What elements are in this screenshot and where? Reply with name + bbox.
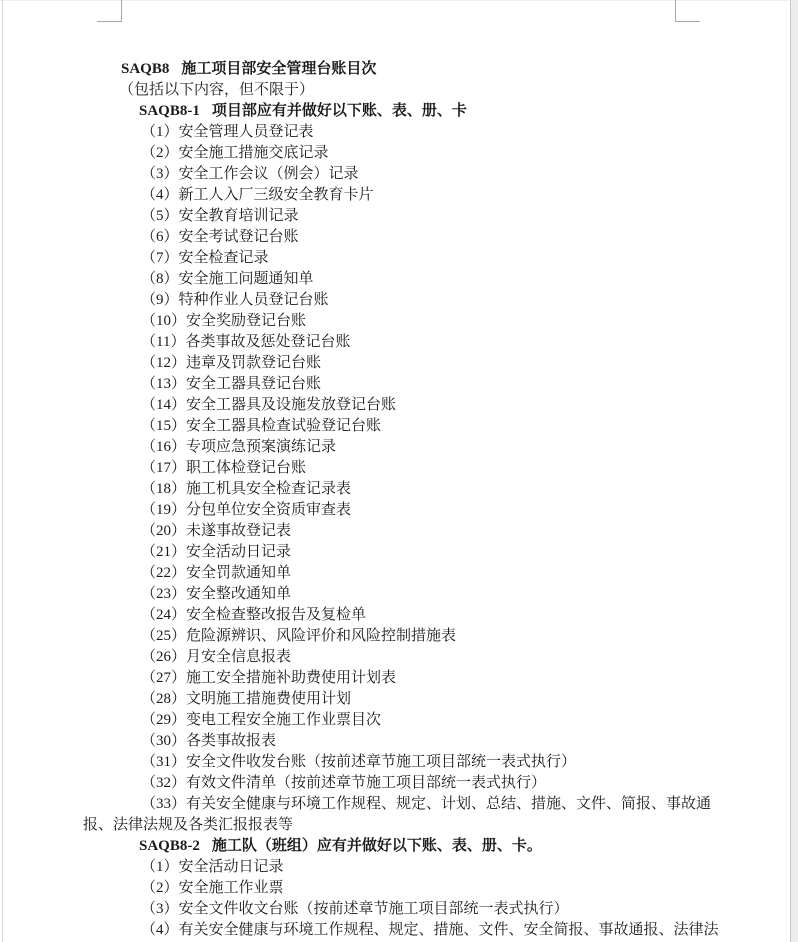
- s1-item-17: （17）职工体检登记台账: [0, 458, 791, 479]
- s1-item-12: （12）违章及罚款登记台账: [0, 353, 791, 374]
- section1-code: SAQB8-1: [139, 103, 200, 119]
- s1-item-7: （7）安全检查记录: [0, 248, 791, 269]
- s1-item-2: （2）安全施工措施交底记录: [0, 143, 791, 164]
- crop-mark-top-left: [121, 0, 122, 21]
- crop-mark-top-right: [675, 21, 700, 22]
- s1-item-29: （29）变电工程安全施工作业票目次: [0, 710, 791, 731]
- s1-item-13: （13）安全工器具登记台账: [0, 374, 791, 395]
- s1-item-18: （18）施工机具安全检查记录表: [0, 479, 791, 500]
- doc-title: SAQB8施工项目部安全管理台账目次: [0, 59, 791, 80]
- s2-item-3: （3）安全文件收文台账（按前述章节施工项目部统一表式执行）: [0, 899, 791, 920]
- doc-title-text: 施工项目部安全管理台账目次: [181, 61, 376, 77]
- page-right-gutter: [790, 0, 798, 942]
- s1-item-9: （9）特种作业人员登记台账: [0, 290, 791, 311]
- s2-item-1: （1）安全活动日记录: [0, 857, 791, 878]
- s1-item-32: （32）有效文件清单（按前述章节施工项目部统一表式执行）: [0, 773, 791, 794]
- page-top-edge: [0, 0, 798, 1]
- word-document-page: SAQB8施工项目部安全管理台账目次 （包括以下内容，但不限于） SAQB8-1…: [0, 0, 798, 942]
- s1-item-26: （26）月安全信息报表: [0, 647, 791, 668]
- s1-item-11: （11）各类事故及惩处登记台账: [0, 332, 791, 353]
- s1-item-27: （27）施工安全措施补助费使用计划表: [0, 668, 791, 689]
- s1-item-31: （31）安全文件收发台账（按前述章节施工项目部统一表式执行）: [0, 752, 791, 773]
- s2-item-4: （4）有关安全健康与环境工作规程、规定、措施、文件、安全简报、事故通报、法律法: [0, 920, 791, 941]
- section2-heading: SAQB8-2施工队（班组）应有并做好以下账、表、册、卡。: [0, 836, 791, 857]
- s1-item-22: （22）安全罚款通知单: [0, 563, 791, 584]
- s1-item-24: （24）安全检查整改报告及复检单: [0, 605, 791, 626]
- doc-note: （包括以下内容，但不限于）: [0, 80, 791, 101]
- s1-item-14: （14）安全工器具及设施发放登记台账: [0, 395, 791, 416]
- section2-code: SAQB8-2: [139, 838, 200, 854]
- s1-item-16: （16）专项应急预案演练记录: [0, 437, 791, 458]
- s1-item-23: （23）安全整改通知单: [0, 584, 791, 605]
- s1-item-21: （21）安全活动日记录: [0, 542, 791, 563]
- s1-item-4: （4）新工人入厂三级安全教育卡片: [0, 185, 791, 206]
- s1-item-33: （33）有关安全健康与环境工作规程、规定、计划、总结、措施、文件、简报、事故通: [0, 794, 791, 815]
- section1-heading: SAQB8-1项目部应有并做好以下账、表、册、卡: [0, 101, 791, 122]
- s2-item-2: （2）安全施工作业票: [0, 878, 791, 899]
- section1-heading-text: 项目部应有并做好以下账、表、册、卡: [212, 103, 467, 119]
- s1-item-20: （20）未遂事故登记表: [0, 521, 791, 542]
- s1-item-15: （15）安全工器具检查试验登记台账: [0, 416, 791, 437]
- doc-title-code: SAQB8: [121, 61, 169, 77]
- document-body: SAQB8施工项目部安全管理台账目次 （包括以下内容，但不限于） SAQB8-1…: [0, 59, 791, 941]
- s1-item-28: （28）文明施工措施费使用计划: [0, 689, 791, 710]
- s1-item-5: （5）安全教育培训记录: [0, 206, 791, 227]
- s1-item-3: （3）安全工作会议（例会）记录: [0, 164, 791, 185]
- s1-item-33-continuation: 报、法律法规及各类汇报报表等: [0, 815, 791, 836]
- s1-item-1: （1）安全管理人员登记表: [0, 122, 791, 143]
- crop-mark-top-left: [97, 21, 122, 22]
- s1-item-30: （30）各类事故报表: [0, 731, 791, 752]
- s1-item-19: （19）分包单位安全资质审查表: [0, 500, 791, 521]
- s1-item-6: （6）安全考试登记台账: [0, 227, 791, 248]
- section2-heading-text: 施工队（班组）应有并做好以下账、表、册、卡。: [212, 838, 542, 854]
- s1-item-25: （25）危险源辨识、风险评价和风险控制措施表: [0, 626, 791, 647]
- s1-item-10: （10）安全奖励登记台账: [0, 311, 791, 332]
- crop-mark-top-right: [675, 0, 676, 21]
- s1-item-8: （8）安全施工问题通知单: [0, 269, 791, 290]
